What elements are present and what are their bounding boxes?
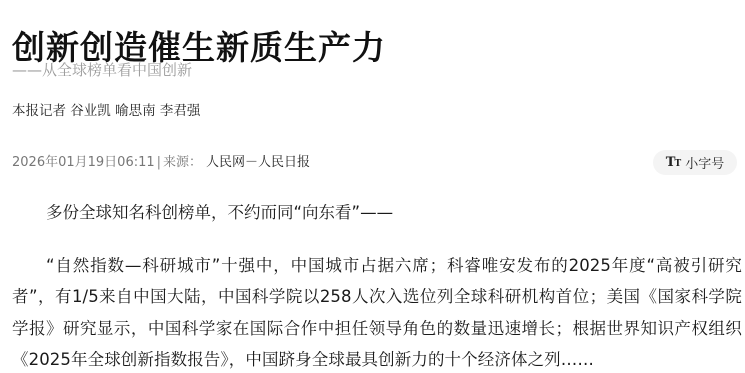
font-size-toggle-button[interactable]: TT 小字号 bbox=[653, 150, 737, 175]
source-name[interactable]: 人民网－人民日报 bbox=[206, 155, 310, 170]
article-meta: 2026年01月19日06:11|来源：人民网－人民日报 bbox=[12, 153, 310, 173]
article-paragraph: “自然指数—科研城市”十强中，中国城市占据六席；科睿唯安发布的2025年度“高被… bbox=[12, 250, 742, 373]
text-size-icon: TT bbox=[666, 155, 680, 170]
font-size-label: 小字号 bbox=[685, 153, 724, 172]
article-byline: 本报记者 谷业凯 喻思南 李君强 bbox=[12, 101, 200, 121]
source-label: 来源： bbox=[163, 155, 202, 170]
article-subtitle: ——从全球榜单看中国创新 bbox=[12, 60, 192, 80]
article-lead: 多份全球知名科创榜单，不约而同“向东看”—— bbox=[46, 202, 393, 224]
publish-datetime: 2026年01月19日06:11 bbox=[12, 155, 155, 170]
meta-separator: | bbox=[157, 155, 161, 170]
